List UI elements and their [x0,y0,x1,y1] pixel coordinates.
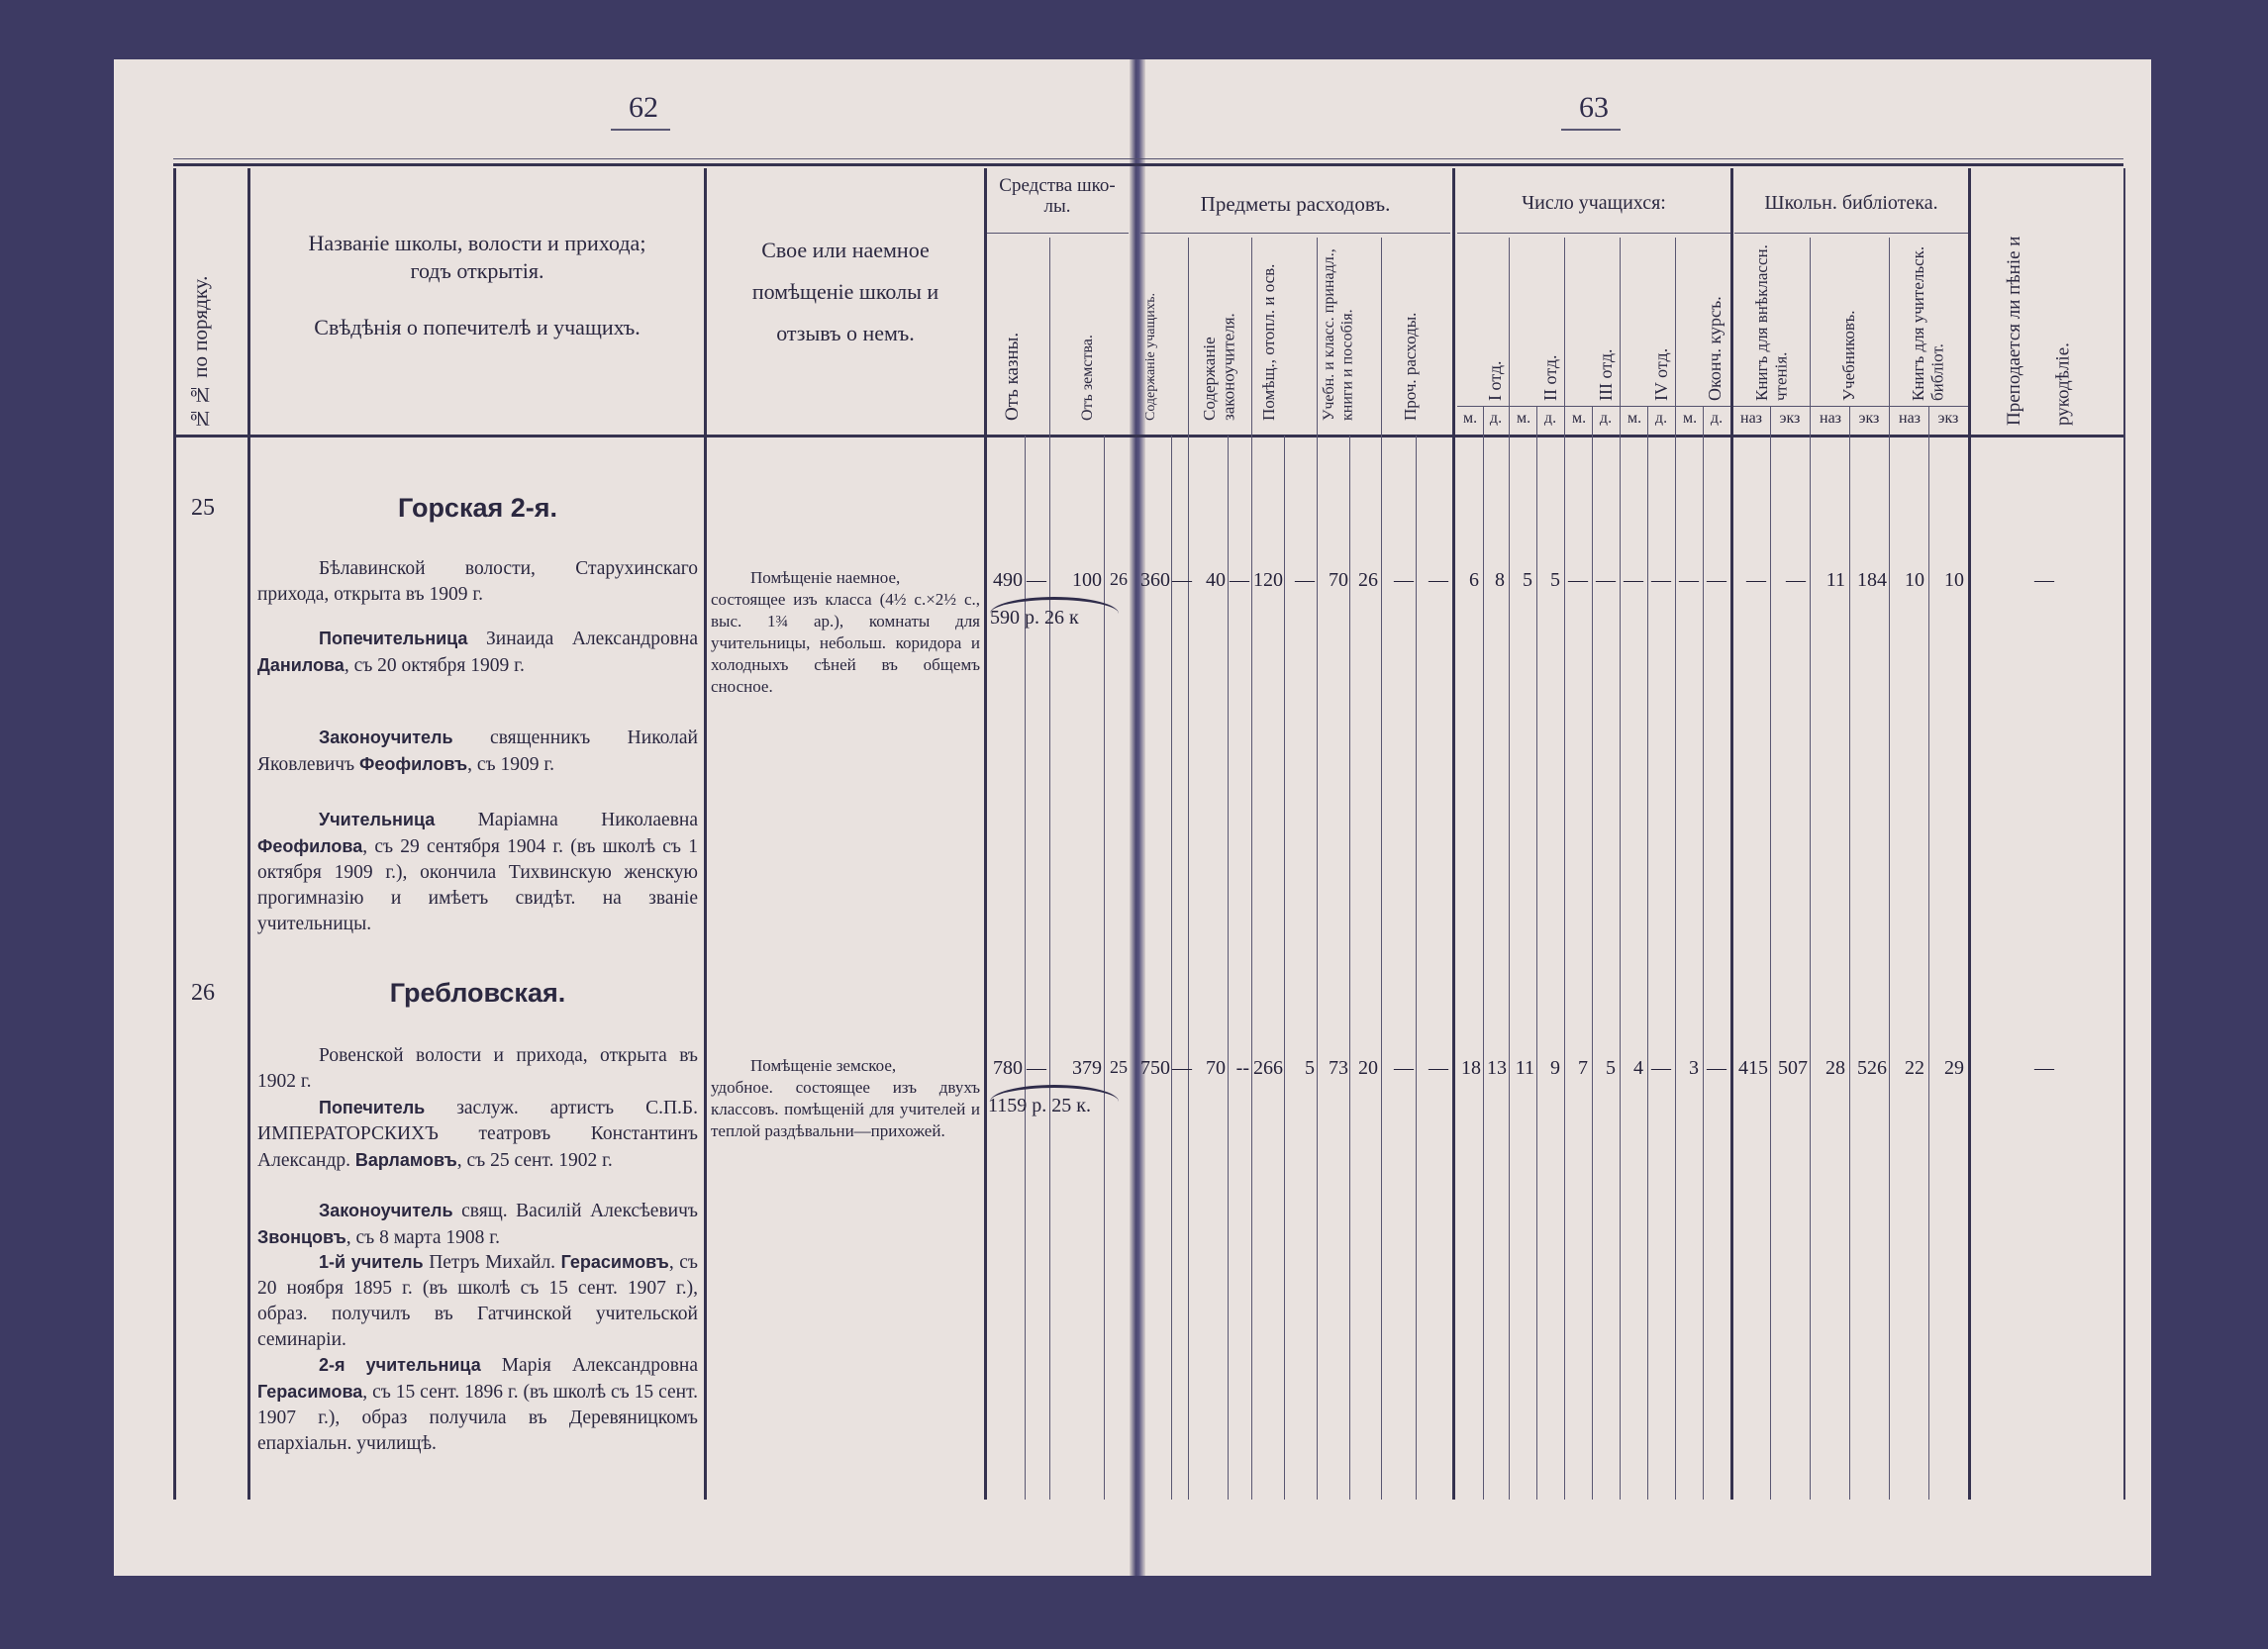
header-premise-line1: Свое или наемное [706,230,985,271]
funds-zemstvo: 379 [1049,1057,1102,1080]
header-name-line1: Названіе школы, волости и прихода; [249,230,705,257]
pupils-fin-m: 3 [1675,1057,1699,1080]
sub-ekz: экз [1849,410,1889,428]
header-pupils-group: Число учащихся: [1455,191,1732,216]
funds-kazna-k: — [1027,1057,1046,1080]
rule-expenses-group [1140,233,1450,234]
rule-funds-group [985,233,1129,234]
funds-kazna-k: — [1027,569,1046,592]
vline-exp-7 [1349,436,1350,1500]
premise-description: Помѣщеніе земское,удобное. состоящее изъ… [711,1055,980,1142]
library-teachers-naz: 10 [1889,569,1924,592]
pupils-3-m: — [1564,569,1588,592]
funds-zemstvo: 100 [1049,569,1102,592]
header-col-number: №№ по порядку. [188,238,228,431]
vline-funds-a [1025,436,1026,1500]
header-library-reading: Книгъ для внѣклассн. чтенія. [1752,242,1802,401]
exp-priest-k: -- [1229,1057,1249,1080]
vline-exp-9 [1416,436,1417,1500]
school-name: Гребловская. [252,978,703,1009]
school-name: Горская 2-я. [252,493,703,524]
vline-singing-start [1968,168,1971,1500]
priest-paragraph: Законоучитель свящ. Василій Алексѣевичъ … [257,1198,698,1251]
header-funds-kazna: Отъ казны. [1002,247,1032,421]
exp-other-k: — [1417,569,1448,592]
exp-teachers-k: — [1172,1057,1187,1080]
library-teachers-naz: 22 [1889,1057,1924,1080]
header-funds-group: Средства шко-лы. [986,176,1129,218]
exp-priest-r: 70 [1190,1057,1226,1080]
vline-number [247,168,250,1500]
vline-premise [984,168,987,1500]
school-info-paragraph: Бѣлавинской волости, Старухинскаго прихо… [257,556,698,608]
sub-ekz: экз [1928,410,1968,428]
exp-books-k: 26 [1350,569,1378,592]
exp-teachers-r: 360 [1140,569,1170,592]
sub-d: д. [1647,410,1675,428]
trustee-paragraph: Попечитель заслуж. артистъ С.П.Б. ИМПЕРА… [257,1095,698,1174]
teacher-paragraph: Учительница Маріамна Николаевна Феофилов… [257,807,698,937]
vline-lib-2 [1810,238,1811,1500]
library-reading-ekz: — [1770,569,1806,592]
library-textbooks-naz: 11 [1810,569,1845,592]
sub-m: м. [1677,410,1703,428]
row-number: 25 [191,495,215,522]
pupils-3-d: — [1592,569,1616,592]
sub-ekz: экз [1770,410,1810,428]
trustee-paragraph: Попечительница Зинаида Александровна Дан… [257,626,698,679]
exp-other-k: — [1417,1057,1448,1080]
header-library-teachers: Книгъ для учительск. библіот. [1909,242,1958,401]
vline-pup-6 [1620,238,1621,1500]
header-name-line2: годъ открытія. [249,257,705,285]
rule-subheader [1457,406,1970,407]
exp-teachers-k: — [1172,569,1187,592]
header-premise-line2: помѣщеніе школы и [706,271,985,313]
pupils-1-d: 8 [1483,569,1505,592]
teacher1-paragraph: 1-й учитель Петръ Михайл. Герасимовъ, съ… [257,1249,698,1353]
page-number-rule-left [611,129,670,131]
exp-premises-k: 5 [1285,1057,1315,1080]
header-col-name: Названіе школы, волости и прихода; годъ … [249,230,705,341]
library-textbooks-ekz: 184 [1849,569,1887,592]
header-col-premise: Свое или наемное помѣщеніе школы и отзыв… [706,230,985,353]
pupils-2-m: 5 [1509,569,1532,592]
rule-pupils-group [1457,233,1732,234]
vline-exp-2 [1188,238,1189,1500]
header-exp-other: Проч. расходы. [1401,247,1430,421]
exp-other-r: — [1382,1057,1414,1080]
funds-kazna: 490 [985,569,1023,592]
vline-exp-3 [1228,436,1229,1500]
pupils-2-d: 5 [1536,569,1560,592]
header-pupils-4: IV отд. [1651,257,1675,401]
exp-priest-k: — [1229,569,1249,592]
exp-premises-r: 120 [1249,569,1283,592]
pupils-4-d: — [1647,569,1671,592]
sub-m: м. [1511,410,1536,428]
library-reading-ekz: 507 [1770,1057,1808,1080]
vline-funds-c [1104,436,1105,1500]
funds-total: 1159 р. 25 к. [988,1095,1091,1117]
exp-books-r: 70 [1317,569,1348,592]
sub-d: д. [1592,410,1620,428]
header-exp-priest: Содержаніе законоучителя. [1200,247,1245,421]
library-reading-naz: — [1732,569,1766,592]
sub-d: д. [1536,410,1564,428]
vline-exp-6 [1317,238,1318,1500]
vline-pup-2 [1509,238,1510,1500]
vline-pup-8 [1675,238,1676,1500]
library-teachers-ekz: 10 [1928,569,1964,592]
singing-value: — [2029,569,2059,592]
funds-total: 590 р. 26 к [990,607,1079,630]
pupils-1-m: 18 [1455,1057,1481,1080]
sub-m: м. [1622,410,1647,428]
rule-header-bottom [173,435,2123,437]
header-exp-teachers: Содержаніе учащихъ. [1143,247,1183,421]
vline-library-start [1730,168,1733,1500]
pupils-1-d: 13 [1483,1057,1507,1080]
pupils-2-d: 9 [1536,1057,1560,1080]
pupils-fin-d: — [1703,1057,1726,1080]
vline-exp-5 [1284,436,1285,1500]
pupils-3-d: 5 [1592,1057,1616,1080]
exp-premises-r: 266 [1249,1057,1283,1080]
funds-zemstvo-k: 25 [1104,1057,1128,1078]
vline-exp-4 [1251,238,1252,1500]
header-exp-premises: Помѣщ., отопл. и осв. [1259,247,1311,421]
pupils-1-m: 6 [1455,569,1479,592]
exp-other-r: — [1382,569,1414,592]
sub-d: д. [1483,410,1509,428]
school-info-paragraph: Ровенской волости и прихода, открыта въ … [257,1043,698,1095]
library-textbooks-ekz: 526 [1849,1057,1887,1080]
header-funds-zemstvo: Отъ земства. [1079,247,1109,421]
vline-pupils-start [1452,168,1455,1500]
teacher2-paragraph: 2-я учительница Марія Александровна Гера… [257,1352,698,1457]
vline-left-border [173,168,176,1500]
vline-right-border [2123,168,2125,1500]
exp-teachers-r: 750 [1140,1057,1170,1080]
page-number-left: 62 [594,91,693,125]
pupils-2-m: 11 [1509,1057,1534,1080]
header-pupils-finished: Оконч. курсъ. [1705,242,1728,401]
header-pupils-3: III отд. [1596,257,1620,401]
pupils-4-m: — [1620,569,1643,592]
pupils-4-m: 4 [1620,1057,1643,1080]
library-textbooks-naz: 28 [1810,1057,1845,1080]
sub-naz: наз [1812,410,1849,428]
sub-d: д. [1703,410,1730,428]
page-number-right: 63 [1544,91,1643,125]
vline-name [704,168,707,1500]
singing-value: — [2029,1057,2059,1080]
vline-exp-8 [1381,238,1382,1500]
sub-m: м. [1566,410,1592,428]
rule-top-thin [173,158,2123,159]
pupils-fin-d: — [1703,569,1726,592]
library-teachers-ekz: 29 [1928,1057,1964,1080]
vline-exp-1 [1171,436,1172,1500]
vline-funds-b [1049,238,1050,1500]
funds-zemstvo-k: 26 [1104,569,1128,590]
rule-top [173,163,2123,166]
header-expenses-group: Предметы расходовъ. [1140,191,1450,217]
vline-pup-4 [1564,238,1565,1500]
header-exp-books: Учебн. и класс. принадл., книги и пособі… [1321,247,1378,421]
page-number-rule-right [1561,129,1621,131]
header-singing: Преподается ли пѣніе и рукодѣліе. [1990,173,2059,426]
header-pupils-2: II отд. [1540,257,1564,401]
header-name-line3: Свѣдѣнія о попечителѣ и учащихъ. [249,314,705,341]
pupils-4-d: — [1647,1057,1671,1080]
exp-premises-k: — [1285,569,1315,592]
exp-books-r: 73 [1317,1057,1348,1080]
rule-library-group [1734,233,1970,234]
premise-description: Помѣщеніе наемное,состоящее изъ класса (… [711,567,980,698]
header-pupils-1: I отд. [1485,257,1509,401]
sub-naz: наз [1891,410,1928,428]
priest-paragraph: Законоучитель священникъ Николай Яковлев… [257,725,698,778]
row-number: 26 [191,980,215,1007]
vline-lib-4 [1889,238,1890,1500]
library-reading-naz: 415 [1732,1057,1768,1080]
pupils-3-m: 7 [1564,1057,1588,1080]
funds-kazna: 780 [985,1057,1023,1080]
sub-m: м. [1457,410,1483,428]
exp-priest-r: 40 [1190,569,1226,592]
header-library-group: Школьн. библіотека. [1732,191,1970,216]
sub-naz: наз [1732,410,1770,428]
pupils-fin-m: — [1675,569,1699,592]
exp-books-k: 20 [1350,1057,1378,1080]
header-premise-line3: отзывъ о немъ. [706,313,985,354]
header-library-textbooks: Учебниковъ. [1839,242,1865,401]
